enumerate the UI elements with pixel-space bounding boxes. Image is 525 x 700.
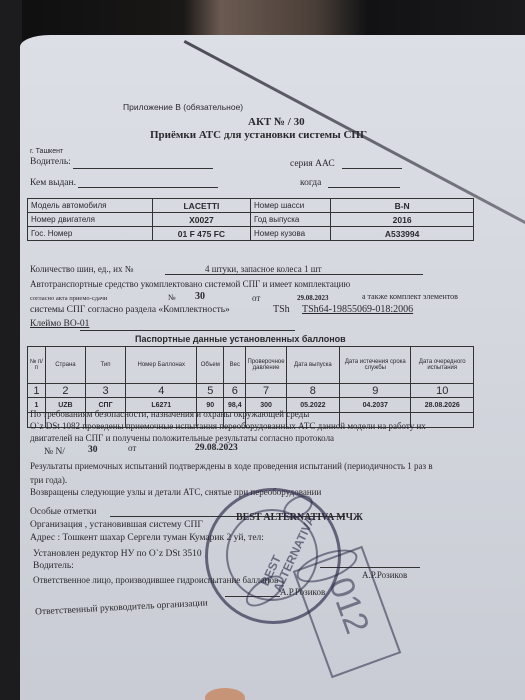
column-number: 6 [224, 384, 246, 398]
vehicle-cell-value2: B-N [331, 199, 474, 213]
tires-field-line [165, 274, 423, 275]
cylinder-header: Проверочное давление [246, 347, 286, 384]
column-number: 5 [197, 384, 224, 398]
cylinder-column-numbers: 12345678910 [28, 384, 474, 398]
vehicle-cell-value2: 2016 [331, 213, 474, 227]
vehicle-cell-value1: LACETTI [152, 199, 250, 213]
cylinder-header: Объем [197, 347, 224, 384]
column-number: 9 [340, 384, 411, 398]
column-number: 4 [126, 384, 197, 398]
org-label: Организация , установившая систему СПГ [30, 520, 203, 530]
vehicle-table-row: Модель автомобиляLACETTIНомер шассиB-N [28, 199, 474, 213]
cylinder-header: Номер Баллонах [126, 347, 197, 384]
vehicle-cell-value2: A533994 [331, 227, 474, 241]
cylinder-header: Страна [45, 347, 85, 384]
city-label: г. Ташкент [30, 148, 63, 155]
tsh-value: TSh64-19855069-018:2006 [302, 304, 413, 315]
cylinder-table-title: Паспортные данные установленных баллонов [135, 334, 346, 344]
act-subtitle: Приёмки АТС для установки системы СПГ [150, 129, 367, 141]
equipped-line: Автотранспортные средство укомплектовано… [30, 279, 350, 289]
tests-p1-line1: По требованиям безопасности, назначения … [30, 409, 309, 419]
series-field[interactable] [342, 168, 402, 169]
tires-value: 4 штуки, запасное колеса 1 шт [205, 264, 322, 274]
vehicle-cell-label2: Номер кузова [250, 227, 330, 241]
vehicle-cell-label1: Модель автомобиля [28, 199, 153, 213]
issued-by-label: Кем выдан. [30, 178, 76, 188]
protocol-no: 30 [88, 445, 98, 455]
when-label: когда [300, 178, 321, 188]
vehicle-cell-value1: 01 F 475 FC [152, 227, 250, 241]
special-marks-label: Особые отметки [30, 507, 97, 517]
tsh-label: TSh [273, 304, 290, 315]
when-field[interactable] [328, 187, 400, 188]
appendix-label: Приложение В (обязательное) [123, 102, 243, 112]
cylinder-header: Дата истечения срока службы [340, 347, 411, 384]
issued-by-field[interactable] [78, 187, 218, 188]
act-title: АКТ № / 30 [248, 116, 305, 128]
cylinder-header: № п/п [28, 347, 46, 384]
reducer-line: Установлен редуктор НУ по O`z DSt 3510 [33, 549, 202, 559]
also-label: а также комплект элементов [362, 292, 458, 301]
vehicle-table-row: Номер двигателяX0027Год выпуска2016 [28, 213, 474, 227]
tests-p2-line2: три года). [30, 475, 67, 485]
driver-sign-label: Водитель: [33, 561, 74, 571]
column-number: 1 [28, 384, 46, 398]
driver-label: Водитель: [30, 157, 71, 167]
vehicle-table-row: Гос. Номер01 F 475 FCНомер кузоваA533994 [28, 227, 474, 241]
from-label: от [252, 293, 260, 303]
driver-field[interactable] [73, 168, 213, 169]
act-ref-label: согласно акта приемо-сдачи [30, 295, 107, 302]
protocol-no-label: № N/ [44, 447, 65, 457]
vehicle-table: Модель автомобиляLACETTIНомер шассиB-NНо… [27, 198, 474, 241]
cylinder-header: Дата очередного испытания [411, 347, 474, 384]
column-number: 10 [411, 384, 474, 398]
tests-p2-line1: Результаты приемочных испытаний подтверж… [30, 461, 433, 471]
cylinder-header: Тип [85, 347, 125, 384]
tires-label: Количество шин, ед., их № [30, 264, 133, 274]
vehicle-cell-label1: Гос. Номер [28, 227, 153, 241]
column-number: 8 [286, 384, 340, 398]
tests-p1-line2: O`z DSt 1082 проведены приемочные испыта… [30, 421, 426, 431]
background-left [0, 0, 22, 700]
stamp-field-line [80, 330, 295, 331]
act-no-label: № [168, 293, 176, 302]
column-number: 7 [246, 384, 286, 398]
vehicle-cell-label1: Номер двигателя [28, 213, 153, 227]
cylinder-header: Вес [224, 347, 246, 384]
cylinder-cell: 04.2037 [340, 398, 411, 413]
vehicle-cell-value1: X0027 [152, 213, 250, 227]
series-label: серия ААС [290, 159, 335, 169]
protocol-date: 29.08.2023 [195, 443, 238, 453]
stamp-label: Клеймо BO-01 [30, 319, 89, 329]
system-line: системы СПГ согласно раздела «Комплектно… [30, 305, 230, 315]
vehicle-cell-label2: Номер шасси [250, 199, 330, 213]
act-date: 29.08.2023 [297, 294, 329, 302]
cylinder-header: Дата выпуска [286, 347, 340, 384]
cylinder-cell: 28.08.2026 [411, 398, 474, 413]
act-no: 30 [195, 291, 205, 302]
column-number: 2 [45, 384, 85, 398]
protocol-from-label: от [128, 443, 136, 453]
vehicle-cell-label2: Год выпуска [250, 213, 330, 227]
rectangular-stamp-text: 012 [320, 572, 376, 639]
column-number: 3 [85, 384, 125, 398]
tests-p1-line3: двигателей на СПГ и получены положительн… [30, 433, 334, 443]
